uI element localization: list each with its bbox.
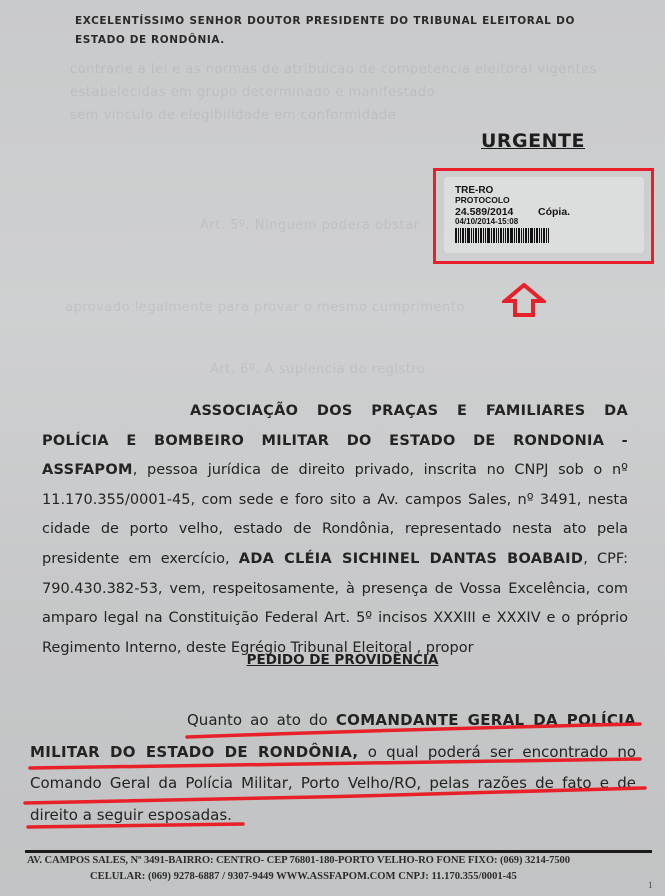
- section-title: PEDIDO DE PROVIDÊNCIA: [0, 652, 665, 668]
- request-text-1: Quanto ao ato do: [187, 711, 336, 729]
- urgent-label: URGENTE: [481, 130, 585, 152]
- footer-address: AV. CAMPOS SALES, Nº 3491-BAIRRO: CENTRO…: [27, 855, 570, 866]
- bleed-through-text: contrarie a lei e as normas de atribuica…: [70, 62, 597, 77]
- stamp-datetime: 04/10/2014-15:08: [455, 217, 518, 226]
- bleed-through-text: aprovado legalmente para provar o mesmo …: [65, 300, 465, 315]
- bleed-through-text: Art. 5º. Ninguem podera obstar: [200, 218, 419, 233]
- stamp-type: PROTOCOLO: [455, 195, 510, 205]
- up-arrow-icon: [502, 283, 546, 317]
- intro-paragraph: ASSOCIAÇÃO DOS PRAÇAS E FAMILIARES DA PO…: [42, 397, 628, 663]
- addressee-heading: EXCELENTÍSSIMO SENHOR DOUTOR PRESIDENTE …: [75, 12, 575, 50]
- president-name: ADA CLÉIA SICHINEL DANTAS BOABAID: [239, 551, 583, 567]
- protocol-stamp: TRE-RO PROTOCOLO 24.589/2014 Cópia. 04/1…: [444, 177, 644, 253]
- footer-divider: [25, 850, 652, 853]
- request-paragraph: Quanto ao ato do COMANDANTE GERAL DA POL…: [30, 705, 636, 831]
- document-page: contrarie a lei e as normas de atribuica…: [0, 0, 665, 896]
- bleed-through-text: estabelecidas em grupo determinado e man…: [70, 85, 435, 100]
- bleed-through-text: Art. 6º. A suplencia do registro: [210, 362, 425, 377]
- stamp-copy-label: Cópia.: [538, 206, 570, 218]
- page-number: 1: [648, 880, 653, 890]
- protocol-stamp-highlight-box: TRE-RO PROTOCOLO 24.589/2014 Cópia. 04/1…: [433, 168, 654, 264]
- footer-contacts: CELULAR: (069) 9278-6887 / 9307-9449 WWW…: [90, 871, 517, 882]
- barcode-icon: [455, 228, 575, 243]
- bleed-through-text: sem vinculo de elegibilidade em conformi…: [70, 108, 396, 123]
